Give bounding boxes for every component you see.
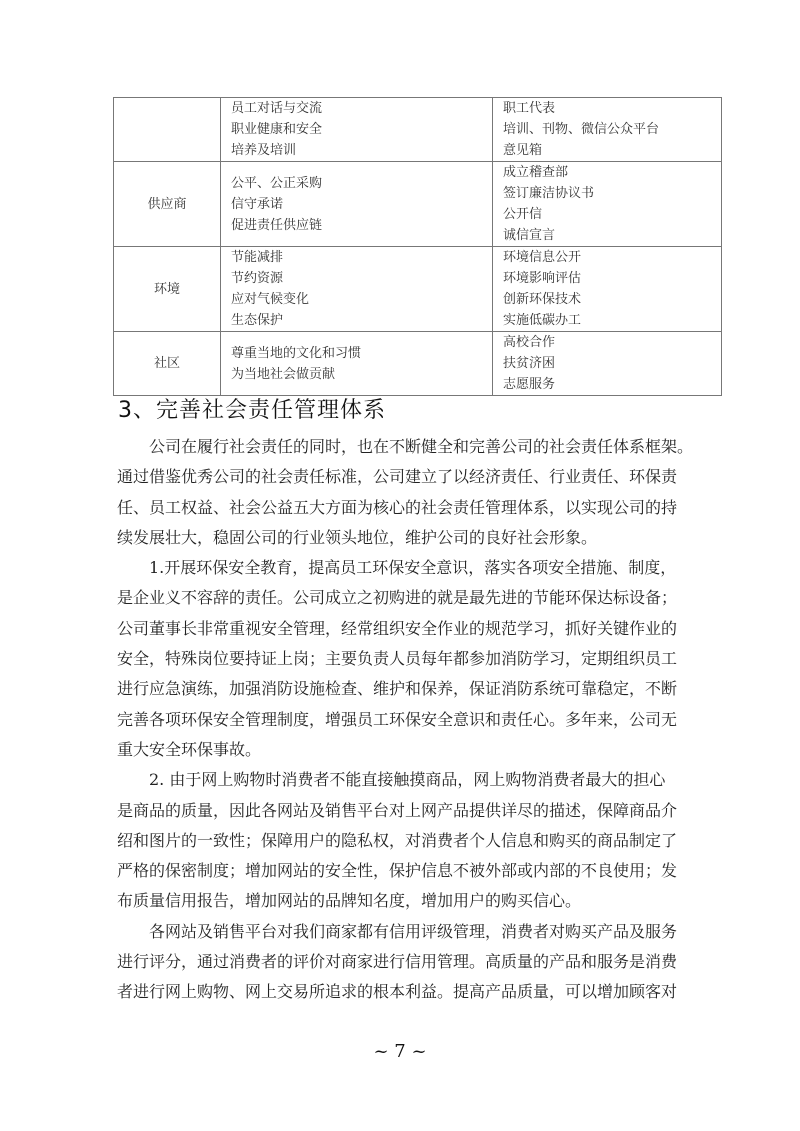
text-line: 进行评分，通过消费者的评价对商家进行信用管理。高质量的产品和服务是消费 (85, 947, 720, 977)
channel-item: 成立稽查部 (503, 162, 721, 183)
text-line: 2. 由于网上购物时消费者不能直接触摸商品，网上购物消费者最大的担心 (117, 765, 720, 795)
channel-item: 实施低碳办工 (503, 310, 721, 331)
channel-item: 培训、刊物、微信公众平台 (503, 119, 721, 140)
issue-item: 为当地社会做贡献 (231, 364, 492, 385)
issue-item: 信守承诺 (231, 194, 492, 215)
issue-item: 节能减排 (231, 247, 492, 268)
issue-item: 节约资源 (231, 268, 492, 289)
text-line: 任、员工权益、社会公益五大方面为核心的社会责任管理体系，以实现公司的持 (85, 493, 720, 523)
issue-item: 员工对话与交流 (231, 98, 492, 119)
issue-item: 培养及培训 (231, 140, 492, 161)
table-row: 社区 尊重当地的文化和习惯 为当地社会做贡献 高校合作 扶贫济困 志愿服务 (114, 332, 722, 396)
text-line: 布质量信用报告，增加网站的品牌知名度，增加用户的购买信心。 (85, 886, 720, 916)
stakeholder-table: 员工对话与交流 职业健康和安全 培养及培训 职工代表 培训、刊物、微信公众平台 … (113, 97, 722, 396)
channels-cell: 环境信息公开 环境影响评估 创新环保技术 实施低碳办工 (493, 247, 722, 332)
stakeholder-cell (114, 98, 221, 162)
issues-cell: 节能减排 节约资源 应对气候变化 生态保护 (221, 247, 493, 332)
channels-cell: 成立稽查部 签订廉洁协议书 公开信 诚信宣言 (493, 162, 722, 247)
paragraph-intro: 公司在履行社会责任的同时，也在不断健全和完善公司的社会责任体系框架。 通过借鉴优… (117, 432, 720, 553)
channel-item: 创新环保技术 (503, 289, 721, 310)
paragraph-credit: 各网站及销售平台对我们商家都有信用评级管理，消费者对购买产品及服务 进行评分，通… (117, 917, 720, 1008)
text-line: 进行应急演练，加强消防设施检查、维护和保养，保证消防系统可靠稳定，不断 (85, 674, 720, 704)
stakeholder-cell: 环境 (114, 247, 221, 332)
text-line: 是商品的质量，因此各网站及销售平台对上网产品提供详尽的描述，保障商品介 (85, 796, 720, 826)
text-line: 绍和图片的一致性；保障用户的隐私权，对消费者个人信息和购买的商品制定了 (85, 826, 720, 856)
issue-item: 尊重当地的文化和习惯 (231, 343, 492, 364)
table-row: 供应商 公平、公正采购 信守承诺 促进责任供应链 成立稽查部 签订廉洁协议书 公… (114, 162, 722, 247)
text-line: 严格的保密制度；增加网站的安全性，保护信息不被外部或内部的不良使用；发 (85, 856, 720, 886)
channel-item: 环境影响评估 (503, 268, 721, 289)
issues-cell: 尊重当地的文化和习惯 为当地社会做贡献 (221, 332, 493, 396)
stakeholder-cell: 供应商 (114, 162, 221, 247)
channel-item: 环境信息公开 (503, 247, 721, 268)
text-line: 1.开展环保安全教育，提高员工环保安全意识，落实各项安全措施、制度， (117, 553, 720, 583)
paragraph-item-2: 2. 由于网上购物时消费者不能直接触摸商品，网上购物消费者最大的担心 是商品的质… (117, 765, 720, 916)
text-line: 者进行网上购物、网上交易所追求的根本利益。提高产品质量，可以增加顾客对 (85, 977, 720, 1007)
document-page: 员工对话与交流 职业健康和安全 培养及培训 职工代表 培训、刊物、微信公众平台 … (0, 0, 800, 1131)
text-line: 通过借鉴优秀公司的社会责任标准，公司建立了以经济责任、行业责任、环保责 (85, 462, 720, 492)
text-line: 重大安全环保事故。 (85, 735, 720, 765)
text-line: 续发展壮大，稳固公司的行业领头地位，维护公司的良好社会形象。 (85, 523, 720, 553)
text-line: 公司在履行社会责任的同时，也在不断健全和完善公司的社会责任体系框架。 (117, 432, 720, 462)
channel-item: 诚信宣言 (503, 225, 721, 246)
page-number: ~ 7 ~ (0, 1041, 800, 1062)
table-row: 员工对话与交流 职业健康和安全 培养及培训 职工代表 培训、刊物、微信公众平台 … (114, 98, 722, 162)
channel-item: 扶贫济困 (503, 353, 721, 374)
issue-item: 职业健康和安全 (231, 119, 492, 140)
issues-cell: 员工对话与交流 职业健康和安全 培养及培训 (221, 98, 493, 162)
channel-item: 公开信 (503, 204, 721, 225)
channel-item: 签订廉洁协议书 (503, 183, 721, 204)
text-line: 是企业义不容辞的责任。公司成立之初购进的就是最先进的节能环保达标设备； (85, 583, 720, 613)
section-heading: 3、完善社会责任管理体系 (118, 394, 386, 428)
channels-cell: 高校合作 扶贫济困 志愿服务 (493, 332, 722, 396)
channel-item: 高校合作 (503, 332, 721, 353)
channel-item: 志愿服务 (503, 374, 721, 395)
text-line: 安全，特殊岗位要持证上岗；主要负责人员每年都参加消防学习，定期组织员工 (85, 644, 720, 674)
paragraph-item-1: 1.开展环保安全教育，提高员工环保安全意识，落实各项安全措施、制度， 是企业义不… (117, 553, 720, 765)
table-row: 环境 节能减排 节约资源 应对气候变化 生态保护 环境信息公开 环境影响评估 创… (114, 247, 722, 332)
stakeholder-cell: 社区 (114, 332, 221, 396)
issue-item: 促进责任供应链 (231, 215, 492, 236)
channel-item: 意见箱 (503, 140, 721, 161)
text-line: 完善各项环保安全管理制度，增强员工环保安全意识和责任心。多年来，公司无 (85, 705, 720, 735)
channel-item: 职工代表 (503, 98, 721, 119)
section-body: 公司在履行社会责任的同时，也在不断健全和完善公司的社会责任体系框架。 通过借鉴优… (117, 432, 720, 1008)
issue-item: 生态保护 (231, 310, 492, 331)
text-line: 各网站及销售平台对我们商家都有信用评级管理，消费者对购买产品及服务 (117, 917, 720, 947)
issue-item: 公平、公正采购 (231, 173, 492, 194)
channels-cell: 职工代表 培训、刊物、微信公众平台 意见箱 (493, 98, 722, 162)
text-line: 公司董事长非常重视安全管理，经常组织安全作业的规范学习，抓好关键作业的 (85, 614, 720, 644)
issue-item: 应对气候变化 (231, 289, 492, 310)
issues-cell: 公平、公正采购 信守承诺 促进责任供应链 (221, 162, 493, 247)
